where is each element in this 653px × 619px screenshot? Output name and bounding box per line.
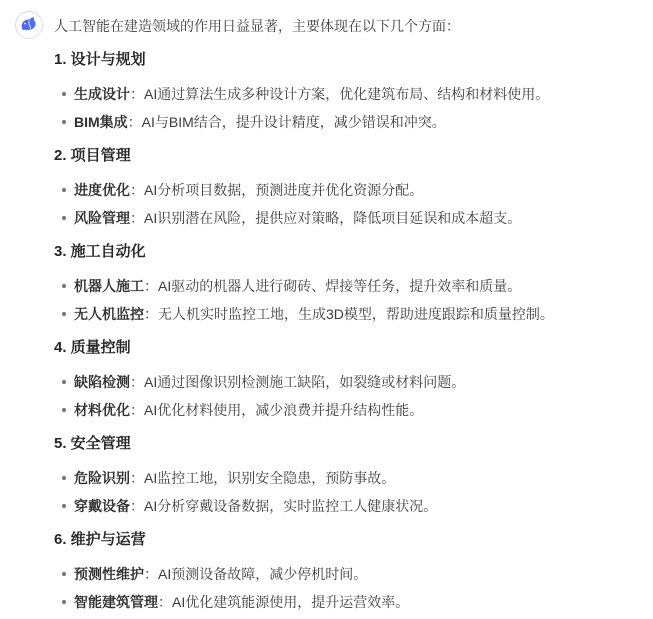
list-item: 风险管理：AI识别潜在风险，提供应对策略，降低项目延误和成本超支。 [54, 204, 643, 232]
list-item-text: ：AI预测设备故障，减少停机时间。 [144, 566, 367, 582]
bullet-dot [62, 476, 66, 480]
assistant-avatar [15, 11, 43, 39]
list-item-text: ：AI驱动的机器人进行砌砖、焊接等任务，提升效率和质量。 [144, 278, 521, 294]
list-item-label: 危险识别 [74, 470, 130, 486]
list-item: 缺陷检测：AI通过图像识别检测施工缺陷，如裂缝或材料问题。 [54, 368, 643, 396]
bullet-dot [62, 120, 66, 124]
list-item-text: ：AI监控工地，识别安全隐患，预防事故。 [130, 470, 395, 486]
bullet-dot [62, 216, 66, 220]
intro-paragraph: 人工智能在建造领域的作用日益显著，主要体现在以下几个方面： [54, 19, 643, 33]
bullet-list-5: 危险识别：AI监控工地，识别安全隐患，预防事故。 穿戴设备：AI分析穿戴设备数据… [54, 464, 643, 520]
list-item: 智能建筑管理：AI优化建筑能源使用，提升运营效率。 [54, 588, 643, 616]
section-heading-2: 2. 项目管理 [54, 148, 643, 164]
list-item-label: 风险管理 [74, 210, 130, 226]
section-heading-5: 5. 安全管理 [54, 436, 643, 452]
whale-logo-icon [19, 15, 39, 35]
bullet-list-6: 预测性维护：AI预测设备故障，减少停机时间。 智能建筑管理：AI优化建筑能源使用… [54, 560, 643, 616]
bullet-dot [62, 284, 66, 288]
bullet-dot [62, 312, 66, 316]
list-item-text: ：AI通过图像识别检测施工缺陷，如裂缝或材料问题。 [130, 374, 465, 390]
bullet-dot [62, 408, 66, 412]
list-item: 无人机监控：无人机实时监控工地，生成3D模型，帮助进度跟踪和质量控制。 [54, 300, 643, 328]
section-heading-3: 3. 施工自动化 [54, 244, 643, 260]
bullet-dot [62, 92, 66, 96]
list-item: 材料优化：AI优化材料使用，减少浪费并提升结构性能。 [54, 396, 643, 424]
bullet-list-2: 进度优化：AI分析项目数据，预测进度并优化资源分配。 风险管理：AI识别潜在风险… [54, 176, 643, 232]
bullet-dot [62, 380, 66, 384]
list-item: 穿戴设备：AI分析穿戴设备数据，实时监控工人健康状况。 [54, 492, 643, 520]
list-item: 机器人施工：AI驱动的机器人进行砌砖、焊接等任务，提升效率和质量。 [54, 272, 643, 300]
bullet-list-3: 机器人施工：AI驱动的机器人进行砌砖、焊接等任务，提升效率和质量。 无人机监控：… [54, 272, 643, 328]
list-item-label: 穿戴设备 [74, 498, 130, 514]
assistant-message: 人工智能在建造领域的作用日益显著，主要体现在以下几个方面： 1. 设计与规划 生… [0, 0, 653, 616]
section-heading-6: 6. 维护与运营 [54, 532, 643, 548]
list-item-text: ：AI分析穿戴设备数据，实时监控工人健康状况。 [130, 498, 437, 514]
list-item: 生成设计：AI通过算法生成多种设计方案，优化建筑布局、结构和材料使用。 [54, 80, 643, 108]
list-item-text: ：AI优化建筑能源使用，提升运营效率。 [158, 594, 409, 610]
list-item-text: ：AI识别潜在风险，提供应对策略，降低项目延误和成本超支。 [130, 210, 521, 226]
list-item: BIM集成：AI与BIM结合，提升设计精度，减少错误和冲突。 [54, 108, 643, 136]
list-item-text: ：AI分析项目数据，预测进度并优化资源分配。 [130, 182, 423, 198]
list-item-text: ：AI通过算法生成多种设计方案，优化建筑布局、结构和材料使用。 [130, 86, 549, 102]
list-item-label: 无人机监控 [74, 306, 144, 322]
list-item: 进度优化：AI分析项目数据，预测进度并优化资源分配。 [54, 176, 643, 204]
list-item-label: 智能建筑管理 [74, 594, 158, 610]
bullet-list-4: 缺陷检测：AI通过图像识别检测施工缺陷，如裂缝或材料问题。 材料优化：AI优化材… [54, 368, 643, 424]
bullet-dot [62, 600, 66, 604]
list-item-label: 生成设计 [74, 86, 130, 102]
bullet-list-1: 生成设计：AI通过算法生成多种设计方案，优化建筑布局、结构和材料使用。 BIM集… [54, 80, 643, 136]
bullet-dot [62, 188, 66, 192]
list-item-label: BIM集成 [74, 114, 128, 130]
section-heading-1: 1. 设计与规划 [54, 52, 643, 68]
bullet-dot [62, 504, 66, 508]
list-item-label: 缺陷检测 [74, 374, 130, 390]
list-item: 预测性维护：AI预测设备故障，减少停机时间。 [54, 560, 643, 588]
list-item-label: 材料优化 [74, 402, 130, 418]
list-item-text: ：AI与BIM结合，提升设计精度，减少错误和冲突。 [128, 114, 446, 130]
section-heading-4: 4. 质量控制 [54, 340, 643, 356]
list-item-text: ：AI优化材料使用，减少浪费并提升结构性能。 [130, 402, 423, 418]
list-item-label: 进度优化 [74, 182, 130, 198]
bullet-dot [62, 572, 66, 576]
list-item-label: 机器人施工 [74, 278, 144, 294]
list-item: 危险识别：AI监控工地，识别安全隐患，预防事故。 [54, 464, 643, 492]
list-item-label: 预测性维护 [74, 566, 144, 582]
list-item-text: ：无人机实时监控工地，生成3D模型，帮助进度跟踪和质量控制。 [144, 306, 554, 322]
message-content: 人工智能在建造领域的作用日益显著，主要体现在以下几个方面： 1. 设计与规划 生… [54, 11, 643, 616]
